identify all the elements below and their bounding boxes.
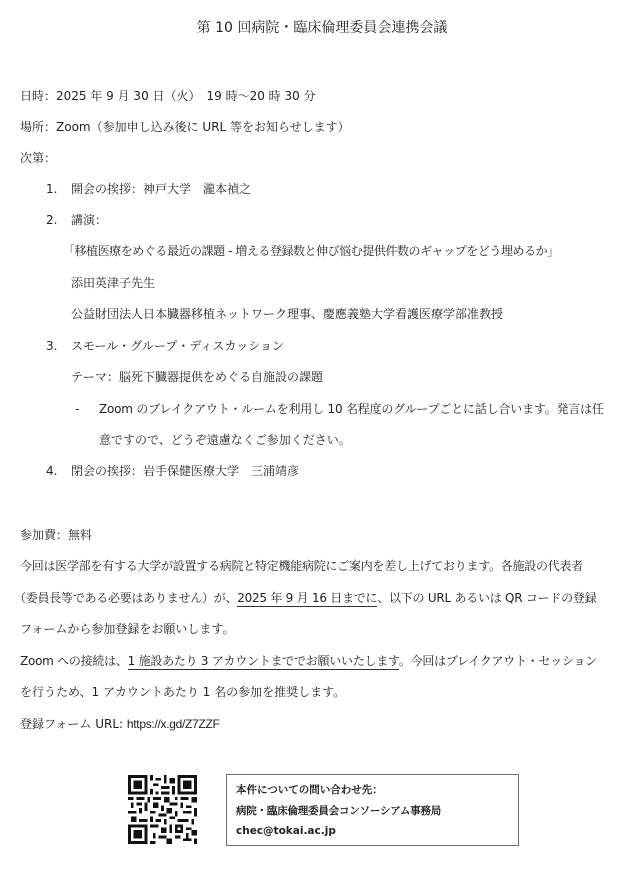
registration-label: 登録フォーム URL:	[20, 717, 127, 731]
qr-code-icon[interactable]	[128, 775, 197, 844]
contact-email-link[interactable]: chec@tokai.ac.jp	[236, 824, 336, 838]
event-datetime: 日時：2025 年 9 月 30 日（火） 19 時〜20 時 30 分	[20, 88, 316, 104]
program-label: 次第：	[20, 150, 56, 166]
zoom-text: 。今回はブレイクアウト・セッション	[399, 654, 597, 668]
invitation-line-2: （委員長等である必要はありません）が、2025 年 9 月 16 日までに、以下…	[14, 590, 596, 606]
invitation-line-1: 今回は医学部を有する大学が設置する病院と特定機能病院にご案内を差し上げております…	[20, 558, 583, 574]
participation-fee: 参加費：無料	[20, 527, 92, 543]
registration-form-line: 登録フォーム URL: https://x.gd/Z7ZZF	[20, 716, 220, 732]
discussion-theme: テーマ：脳死下臓器提供をめぐる自施設の課題	[71, 369, 323, 385]
zoom-line-1: Zoom への接続は、1 施設あたり 3 アカウントまででお願いいたします。今回…	[20, 653, 597, 669]
contact-office: 病院・臨床倫理委員会コンソーシアム事務局	[236, 804, 441, 818]
program-item-number: 4.	[46, 463, 57, 479]
lecture-title: 「移植医療をめぐる最近の課題 - 増える登録数と伸び悩む提供件数のギャップをどう…	[63, 243, 559, 259]
invitation-text: （委員長等である必要はありません）が、	[14, 591, 237, 605]
discussion-note-line1: Zoom のブレイクアウト・ルームを利用し 10 名程度のグループごとに話し合い…	[99, 401, 604, 417]
registration-url-link[interactable]: https://x.gd/Z7ZZF	[127, 717, 220, 731]
program-item-text: 講演：	[71, 212, 107, 228]
discussion-note-line2: 意ですので、どうぞ遠慮なくご参加ください。	[99, 432, 351, 448]
lecture-speaker: 添田英津子先生	[71, 275, 155, 291]
invitation-line-3: フォームから参加登録をお願いします。	[20, 621, 234, 637]
contact-heading: 本件についての問い合わせ先：	[236, 783, 383, 797]
program-item-number: 3.	[46, 338, 57, 354]
account-limit: 1 施設あたり 3 アカウントまででお願いいたします	[128, 654, 399, 670]
zoom-text: Zoom への接続は、	[20, 654, 128, 668]
bullet-dash: -	[75, 401, 79, 417]
page-title: 第 10 回病院・臨床倫理委員会連携会議	[0, 18, 644, 38]
zoom-line-2: を行うため、1 アカウントあたり 1 名の参加を推奨します。	[20, 684, 345, 700]
contact-box: 本件についての問い合わせ先： 病院・臨床倫理委員会コンソーシアム事務局 chec…	[226, 774, 519, 846]
program-item-text: スモール・グループ・ディスカッション	[71, 338, 284, 354]
registration-deadline: 2025 年 9 月 16 日までに	[237, 591, 377, 607]
program-item-text: 閉会の挨拶：岩手保健医療大学 三浦靖彦	[71, 463, 299, 479]
program-item-text: 開会の挨拶：神戸大学 瀧本禎之	[71, 181, 251, 197]
program-item-number: 1.	[46, 181, 57, 197]
lecture-speaker-affiliation: 公益財団法人日本臓器移植ネットワーク理事、慶應義塾大学看護医療学部准教授	[71, 306, 503, 322]
event-venue: 場所：Zoom（参加申し込み後に URL 等をお知らせします）	[20, 119, 350, 135]
program-item-number: 2.	[46, 212, 57, 228]
invitation-text: 、以下の URL あるいは QR コードの登録	[377, 591, 596, 605]
